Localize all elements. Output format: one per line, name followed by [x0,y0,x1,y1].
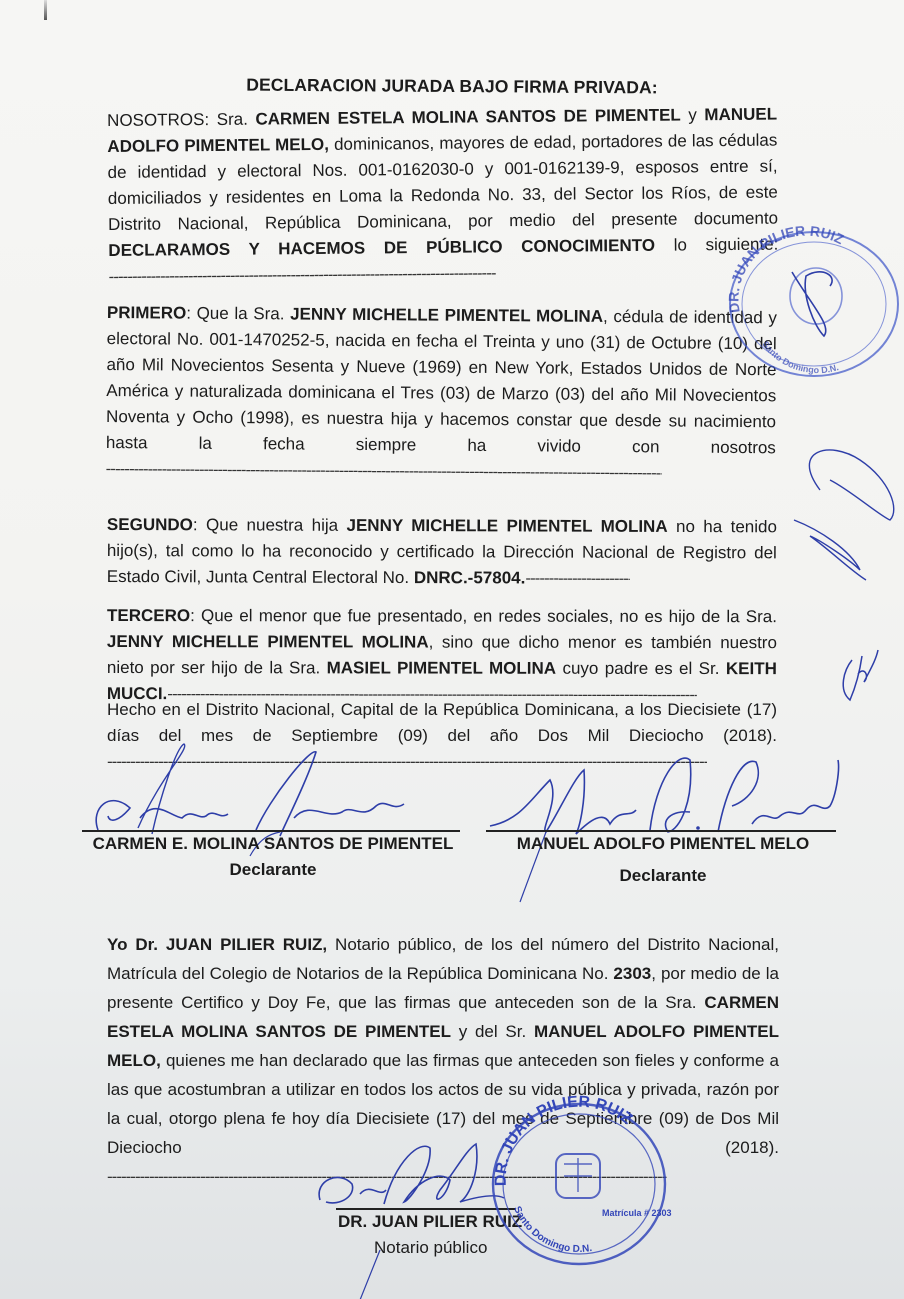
mother-name: MASIEL PIMENTEL MOLINA [327,658,556,677]
daughter-name: JENNY MICHELLE PIMENTEL MOLINA [107,632,429,652]
notary-seal-top: DR. JUAN PILIER RUIZ Santo Domingo D.N. [722,226,902,376]
notary-name: Yo Dr. JUAN PILIER RUIZ, [107,935,327,954]
notary-registration-number: 2303 [613,964,651,983]
clause-text: : Que la Sra. [186,304,290,324]
declaration-heading: DECLARAMOS Y HACEMOS DE PÚBLICO CONOCIMI… [108,236,655,260]
signatory-name: MANUEL ADOLFO PIMENTEL MELO [478,834,848,854]
daughter-name: JENNY MICHELLE PIMENTEL MOLINA [290,304,603,325]
signature-block-2: MANUEL ADOLFO PIMENTEL MELO Declarante [478,834,848,886]
declarant-name-1: CARMEN ESTELA MOLINA SANTOS DE PIMENTEL [255,105,681,128]
daughter-name: JENNY MICHELLE PIMENTEL MOLINA [346,516,667,536]
intro-text: NOSOTROS: Sra. [107,110,255,130]
intro-text: y [681,105,705,124]
svg-text:DR. JUAN PILIER RUIZ: DR. JUAN PILIER RUIZ [725,223,846,314]
signature-line-2 [486,830,836,832]
clause-text: : Que el menor que fue presentado, en re… [190,606,777,626]
svg-text:Santo Domingo D.N.: Santo Domingo D.N. [760,339,839,375]
clause-segundo: SEGUNDO: Que nuestra hija JENNY MICHELLE… [107,512,777,592]
svg-text:Santo Domingo D.N.: Santo Domingo D.N. [511,1205,593,1255]
clause-primero: PRIMERO: Que la Sra. JENNY MICHELLE PIME… [106,300,777,487]
signatory-role: Declarante [78,860,468,880]
clause-text: : Que nuestra hija [193,515,347,535]
document-title: DECLARACION JURADA BAJO FIRMA PRIVADA: [0,73,904,100]
clause-label: SEGUNDO [107,515,193,534]
signatory-name: CARMEN E. MOLINA SANTOS DE PIMENTEL [78,834,468,854]
notary-seal-bottom: DR. JUAN PILIER RUIZ Santo Domingo D.N. … [484,1092,674,1272]
registry-reference: DNRC.-57804. [414,568,526,587]
svg-text:DR. JUAN PILIER RUIZ: DR. JUAN PILIER RUIZ [493,1094,636,1187]
clause-label: PRIMERO [107,303,186,323]
signatory-role: Declarante [478,866,848,886]
document-page: DECLARACION JURADA BAJO FIRMA PRIVADA: N… [0,0,904,1299]
margin-initials [790,420,900,720]
dash-filler: ----------------------------------------… [108,260,548,290]
staple-mark [44,0,47,20]
dash-filler: ------------------------- [525,565,629,591]
notary-text: y del Sr. [451,1022,534,1041]
signature-block-1: CARMEN E. MOLINA SANTOS DE PIMENTEL Decl… [78,834,468,880]
intro-paragraph: NOSOTROS: Sra. CARMEN ESTELA MOLINA SANT… [107,102,779,290]
clause-text: cuyo padre es el Sr. [556,659,726,678]
clause-tercero: TERCERO: Que el menor que fue presentado… [107,603,777,708]
clause-text: , cédula de identidad y electoral No. 00… [106,307,777,457]
dash-filler: ----------------------------------------… [106,456,662,486]
signature-line-1 [82,830,460,832]
svg-text:Matrícula # 2303: Matrícula # 2303 [602,1208,672,1218]
clause-label: TERCERO [107,606,190,625]
